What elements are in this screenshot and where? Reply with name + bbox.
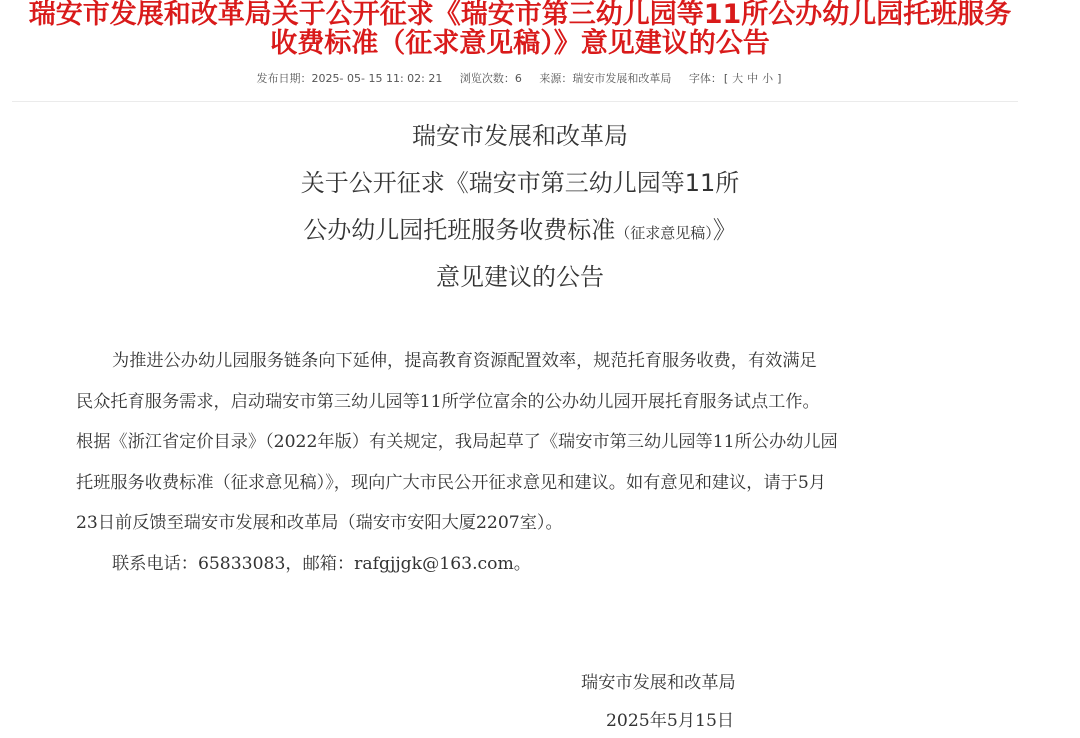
headline-line-1: 瑞安市发展和改革局关于公开征求《瑞安市第三幼儿园等11所公办幼儿园托班服务	[0, 0, 1040, 29]
headline: 瑞安市发展和改革局关于公开征求《瑞安市第三幼儿园等11所公办幼儿园托班服务 收费…	[0, 0, 1040, 58]
doc-title-line-3-end: 》	[713, 216, 737, 244]
doc-title-line-3-main: 公办幼儿园托班服务收费标准	[303, 216, 615, 244]
body-line: 民众托育服务需求，启动瑞安市第三幼儿园等11所学位富余的公办幼儿园开展托育服务试…	[76, 387, 976, 428]
doc-title-line-3: 公办幼儿园托班服务收费标准（征求意见稿）》	[0, 211, 1040, 258]
source-label: 来源：	[539, 72, 572, 85]
font-bracket-close: ]	[777, 72, 781, 85]
font-size-control: 字体：[大中小]	[689, 72, 784, 85]
view-count: 浏览次数：6	[460, 72, 522, 85]
view-count-value: 6	[515, 72, 522, 85]
source: 来源：瑞安市发展和改革局	[539, 72, 671, 85]
contact-info: 联系电话：65833083，邮箱：rafgjjgk@163.com。	[76, 549, 976, 590]
font-size-small-button[interactable]: 小	[762, 72, 773, 85]
doc-title-line-2: 关于公开征求《瑞安市第三幼儿园等11所	[0, 164, 1040, 211]
font-bracket-open: [	[724, 72, 728, 85]
body-line: 23日前反馈至瑞安市发展和改革局（瑞安市安阳大厦2207室）。	[76, 508, 976, 549]
announcement-body: 为推进公办幼儿园服务链条向下延伸，提高教育资源配置效率，规范托育服务收费，有效满…	[76, 346, 976, 589]
header-divider	[12, 101, 1018, 102]
body-line: 为推进公办幼儿园服务链条向下延伸，提高教育资源配置效率，规范托育服务收费，有效满…	[76, 346, 976, 387]
view-count-label: 浏览次数：	[460, 72, 515, 85]
body-line: 托班服务收费标准（征求意见稿）》，现向广大市民公开征求意见和建议。如有意见和建议…	[76, 468, 976, 509]
body-line: 根据《浙江省定价目录》（2022年版）有关规定，我局起草了《瑞安市第三幼儿园等1…	[76, 427, 976, 468]
publish-date-label: 发布日期：	[257, 72, 312, 85]
announcement-page: 瑞安市发展和改革局关于公开征求《瑞安市第三幼儿园等11所公办幼儿园托班服务 收费…	[0, 0, 1030, 738]
doc-title-draft-note: （征求意见稿）	[615, 224, 713, 242]
signature-date: 2025年5月15日	[606, 706, 734, 736]
article-meta: 发布日期：2025- 05- 15 11: 02: 21 浏览次数：6 来源：瑞…	[0, 70, 1040, 86]
source-value: 瑞安市发展和改革局	[572, 72, 671, 85]
doc-title-line-1: 瑞安市发展和改革局	[0, 117, 1040, 164]
document-title: 瑞安市发展和改革局 关于公开征求《瑞安市第三幼儿园等11所 公办幼儿园托班服务收…	[0, 117, 1040, 305]
publish-date-value: 2025- 05- 15 11: 02: 21	[312, 72, 443, 85]
publish-date: 发布日期：2025- 05- 15 11: 02: 21	[257, 72, 443, 85]
signature-org: 瑞安市发展和改革局	[581, 668, 736, 698]
doc-title-line-4: 意见建议的公告	[0, 258, 1040, 305]
headline-line-2: 收费标准（征求意见稿）》意见建议的公告	[0, 29, 1040, 58]
font-size-large-button[interactable]: 大	[732, 72, 743, 85]
font-size-label: 字体：	[689, 72, 722, 85]
font-size-medium-button[interactable]: 中	[747, 72, 758, 85]
